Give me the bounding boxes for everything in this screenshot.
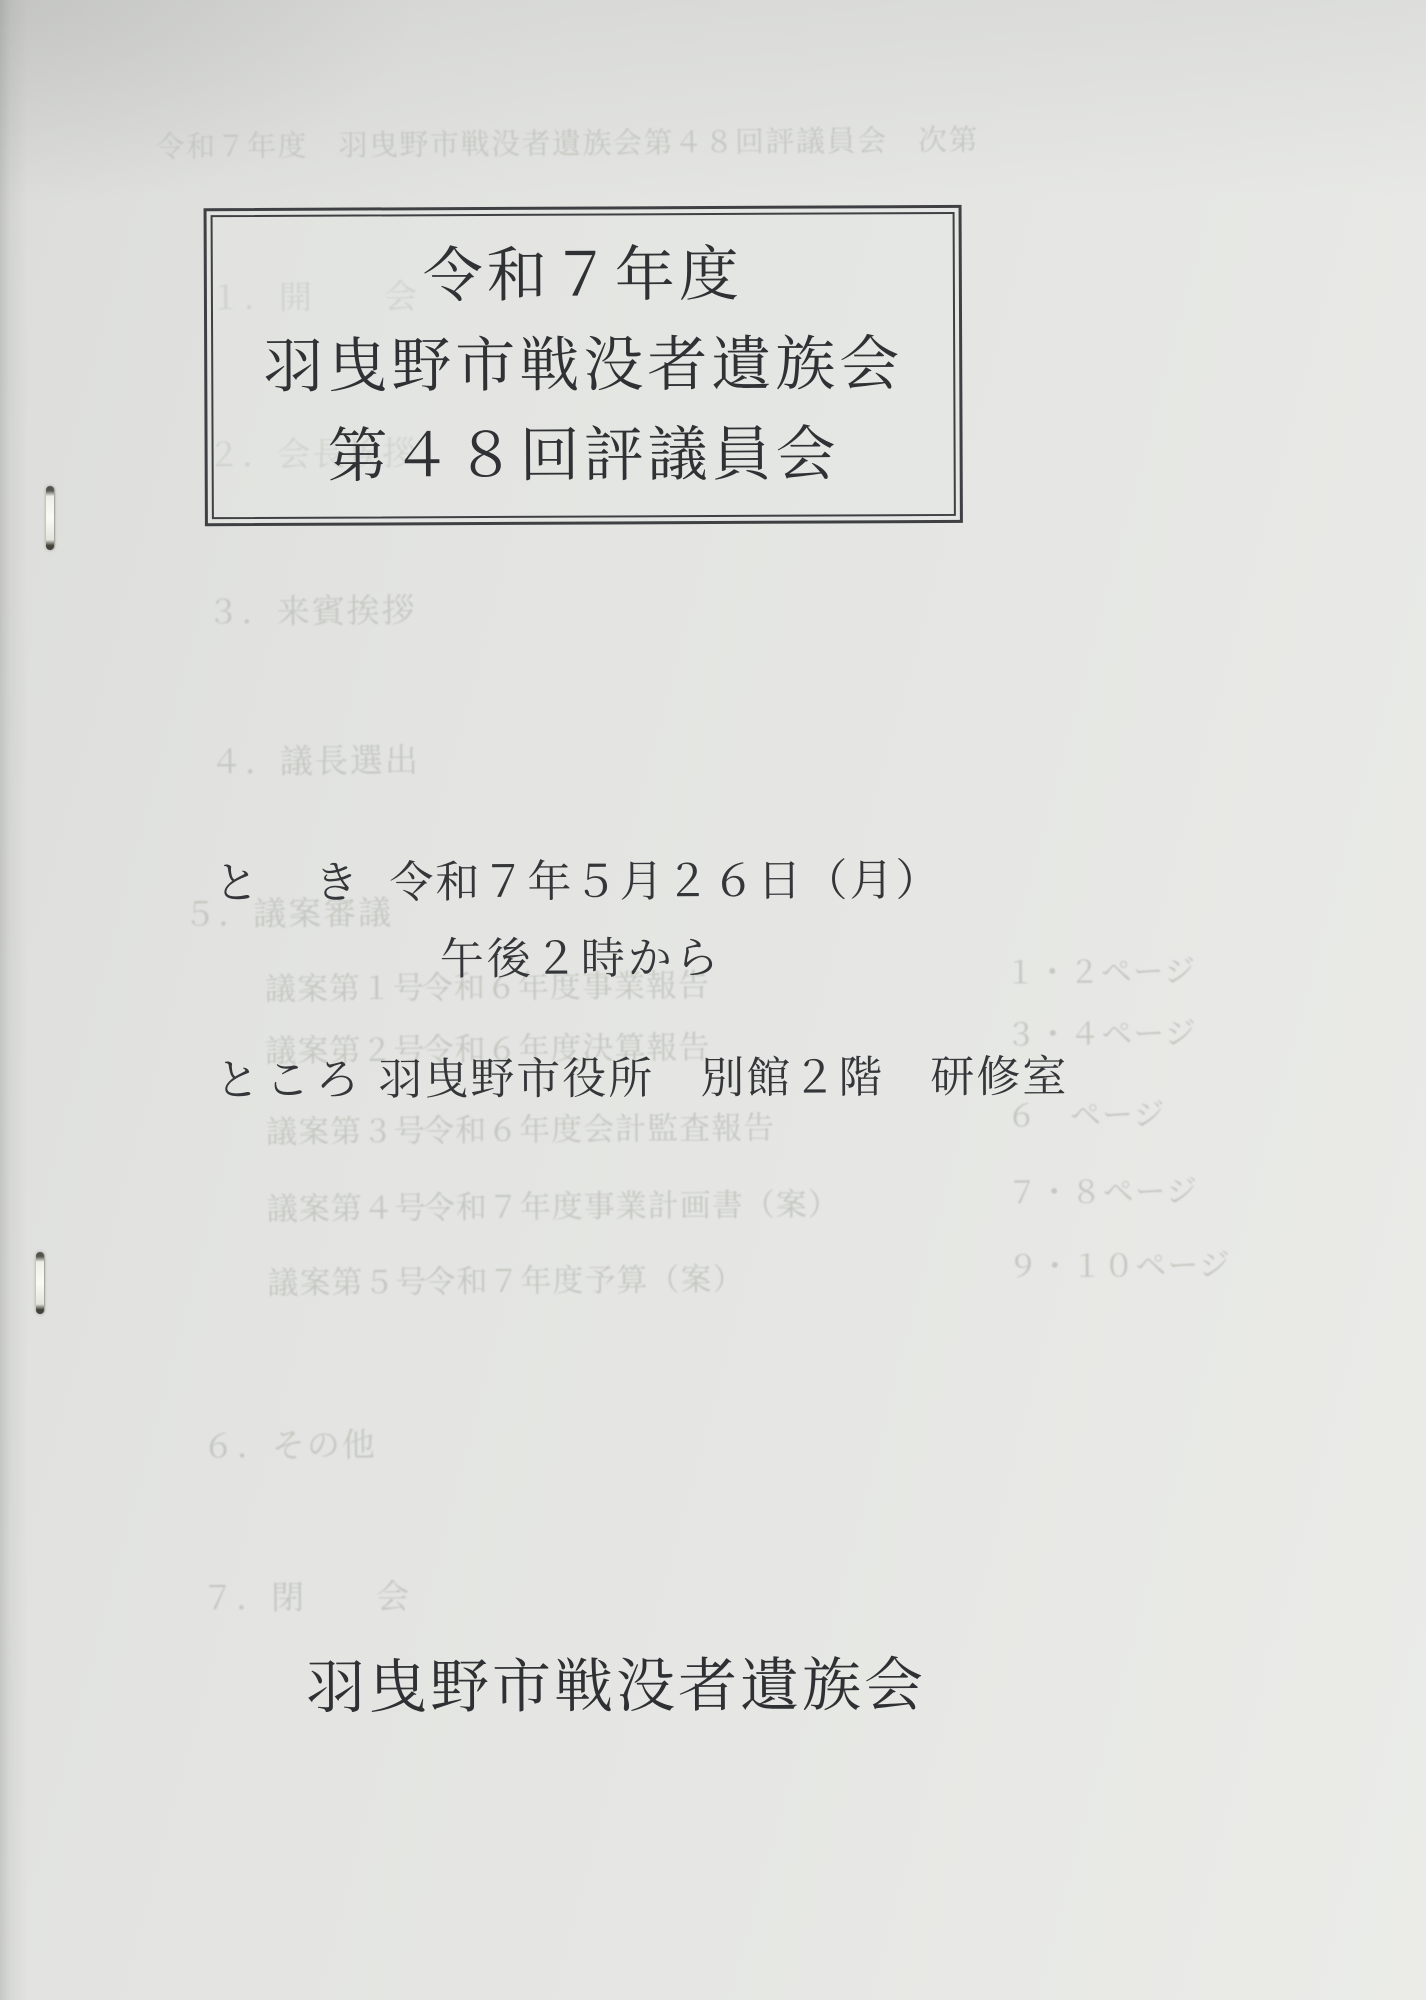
when-label: と き [214, 847, 364, 912]
title-box-inner-border: 令和７年度 羽曳野市戦没者遺族会 第４８回評議員会 [211, 212, 956, 519]
where-value: 羽曳野市役所 別館２階 研修室 [378, 1040, 1068, 1107]
title-line-event: 第４８回評議員会 [327, 424, 839, 486]
title-box: 令和７年度 羽曳野市戦没者遺族会 第４８回評議員会 [204, 205, 963, 526]
cover-page-content: 令和７年度 羽曳野市戦没者遺族会 第４８回評議員会 と き 令和７年５月２６日（… [0, 0, 1426, 2000]
when-time-value: 午後２時から [440, 922, 722, 987]
title-line-year: 令和７年度 [423, 245, 743, 306]
time-row: 午後２時から [0, 919, 1426, 985]
where-label: ところ [215, 1044, 365, 1109]
when-row: と き 令和７年５月２６日（月） [0, 842, 1426, 908]
staple-top [46, 486, 54, 550]
where-row: ところ 羽曳野市役所 別館２階 研修室 [0, 1039, 1426, 1105]
when-value: 令和７年５月２６日（月） [389, 844, 941, 910]
title-line-org: 羽曳野市戦没者遺族会 [263, 334, 903, 397]
footer-organization-name: 羽曳野市戦没者遺族会 [306, 1637, 926, 1725]
staple-bottom [36, 1252, 44, 1314]
